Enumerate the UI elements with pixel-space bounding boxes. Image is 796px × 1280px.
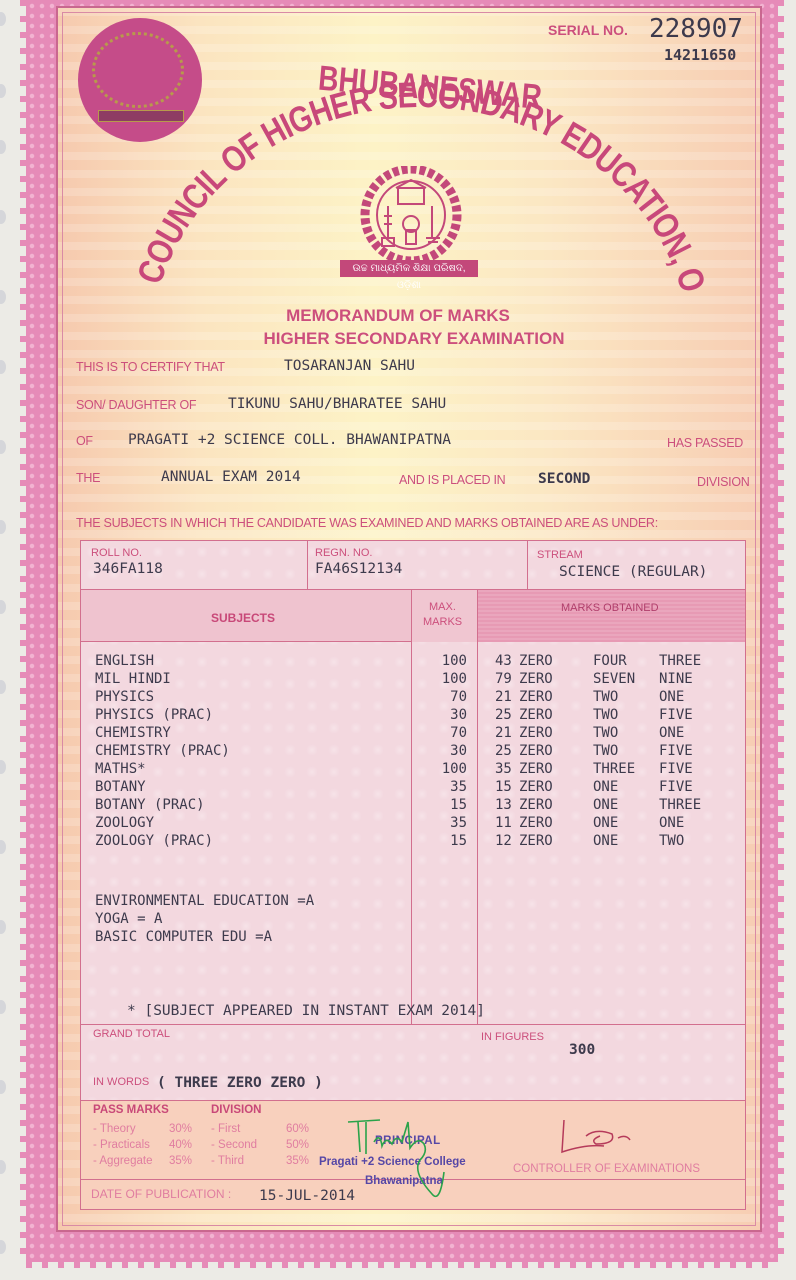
table-row: ZOOLOGY (PRAC)15 12ZEROONETWO (95, 833, 735, 851)
principal-signature-icon (340, 1112, 470, 1212)
division-second-value: 50% (286, 1139, 309, 1151)
division-third-value: 35% (286, 1155, 309, 1167)
footnote: * [SUBJECT APPEARED IN INSTANT EXAM 2014… (127, 1003, 485, 1019)
regn-number: FA46S12134 (315, 561, 402, 577)
division-third-label: - Third (211, 1155, 244, 1167)
parent-label: SON/ DAUGHTER OF (76, 398, 196, 412)
regn-label: REGN. NO. (315, 547, 372, 559)
roll-label: ROLL NO. (91, 547, 142, 559)
stream-value: SCIENCE (REGULAR) (559, 564, 707, 580)
grade-row: ENVIRONMENTAL EDUCATION =A (95, 893, 735, 911)
max-marks-header-1: MAX. (429, 601, 456, 613)
pass-theory-label: - Theory (93, 1123, 136, 1135)
publication-label: DATE OF PUBLICATION : (91, 1187, 231, 1201)
border-scallop-bottom (26, 1260, 778, 1268)
college-name: PRAGATI +2 SCIENCE COLL. BHAWANIPATNA (128, 432, 451, 448)
exam-name: ANNUAL EXAM 2014 (161, 469, 301, 485)
division-first-value: 60% (286, 1123, 309, 1135)
grand-total-label: GRAND TOTAL (93, 1028, 170, 1040)
division-criteria-label: DIVISION (211, 1104, 261, 1116)
emblem-odia-strip: ଉଚ୍ଚ ମାଧ୍ୟମିକ ଶିକ୍ଷା ପରିଷଦ, ଓଡ଼ିଶା (340, 260, 478, 277)
division-label: DIVISION (697, 475, 749, 489)
stream-label: STREAM (537, 549, 583, 561)
punch-holes (0, 0, 14, 1280)
grade-row: BASIC COMPUTER EDU =A (95, 929, 735, 947)
pass-aggregate-value: 35% (169, 1155, 192, 1167)
pass-aggregate-label: - Aggregate (93, 1155, 152, 1167)
of-label: OF (76, 434, 93, 448)
roll-number: 346FA118 (93, 561, 163, 577)
has-passed-label: HAS PASSED (667, 436, 743, 450)
division-second-label: - Second (211, 1139, 257, 1151)
controller-label: CONTROLLER OF EXAMINATIONS (513, 1163, 700, 1175)
max-marks-header-2: MARKS (423, 616, 462, 628)
the-label: THE (76, 471, 100, 485)
controller-signature-icon (556, 1114, 666, 1158)
subjects-header: SUBJECTS (211, 611, 275, 625)
table-row: CHEMISTRY70 21ZEROTWOONE (95, 725, 735, 743)
table-row: PHYSICS (PRAC)30 25ZEROTWOFIVE (95, 707, 735, 725)
table-row: PHYSICS70 21ZEROTWOONE (95, 689, 735, 707)
parent-names: TIKUNU SAHU/BHARATEE SAHU (228, 396, 446, 412)
grade-row: YOGA = A (95, 911, 735, 929)
grand-total-figures: 300 (569, 1042, 595, 1058)
table-row: ENGLISH100 43ZEROFOURTHREE (95, 653, 735, 671)
pass-practicals-value: 40% (169, 1139, 192, 1151)
title-examination: HIGHER SECONDARY EXAMINATION (0, 329, 796, 349)
table-row: MATHS*100 35ZEROTHREEFIVE (95, 761, 735, 779)
border-scallop-left (20, 0, 28, 1262)
table-row: MIL HINDI100 79ZEROSEVENNINE (95, 671, 735, 689)
table-row: CHEMISTRY (PRAC)30 25ZEROTWOFIVE (95, 743, 735, 761)
title-memorandum: MEMORANDUM OF MARKS (0, 306, 796, 326)
certify-label: THIS IS TO CERTIFY THAT (76, 360, 225, 374)
border-scallop-right (776, 0, 784, 1262)
pass-practicals-label: - Practicals (93, 1139, 150, 1151)
candidate-name: TOSARANJAN SAHU (284, 358, 415, 374)
subjects-intro: THE SUBJECTS IN WHICH THE CANDIDATE WAS … (76, 516, 658, 530)
pass-theory-value: 30% (169, 1123, 192, 1135)
table-row: ZOOLOGY35 11ZEROONEONE (95, 815, 735, 833)
council-emblem-icon (348, 166, 474, 264)
table-row: BOTANY (PRAC)15 13ZEROONETHREE (95, 797, 735, 815)
pass-marks-label: PASS MARKS (93, 1104, 169, 1116)
marks-table: ROLL NO. 346FA118 REGN. NO. FA46S12134 S… (80, 540, 746, 1102)
in-figures-label: IN FIGURES (481, 1031, 544, 1043)
division-value: SECOND (538, 471, 590, 487)
grand-total-words: ( THREE ZERO ZERO ) (157, 1075, 323, 1091)
table-row: BOTANY35 15ZEROONEFIVE (95, 779, 735, 797)
in-words-label: IN WORDS (93, 1076, 149, 1088)
placed-label: AND IS PLACED IN (399, 473, 505, 487)
marks-obtained-header: MARKS OBTAINED (561, 602, 659, 614)
division-first-label: - First (211, 1123, 240, 1135)
